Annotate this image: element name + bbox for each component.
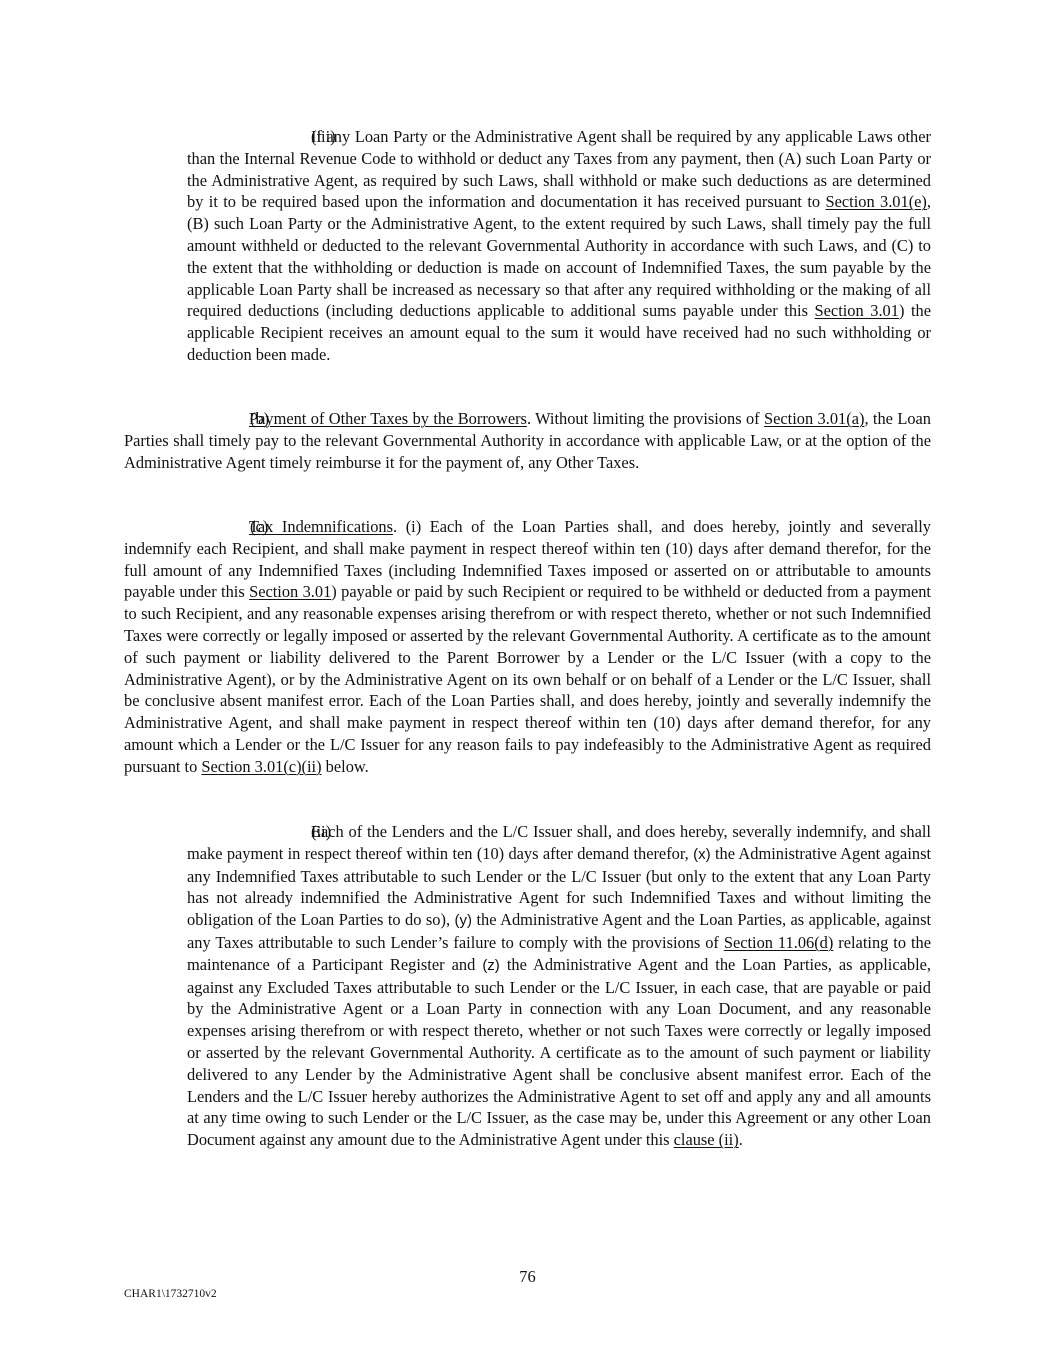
document-page: (iii)If any Loan Party or the Administra…: [0, 0, 1055, 1365]
cross-reference-link[interactable]: Section 3.01(e): [825, 192, 926, 211]
clause-label: (ii): [249, 821, 311, 843]
subclause-marker-y: (y): [455, 912, 473, 929]
paragraph-b: (b)Payment of Other Taxes by the Borrowe…: [124, 408, 931, 473]
paragraph-c-ii: (ii)Each of the Lenders and the L/C Issu…: [187, 821, 931, 1151]
paragraph-c: (c)Tax Indemnifications. (i) Each of the…: [124, 516, 931, 778]
cross-reference-link[interactable]: Section 3.01: [249, 582, 331, 601]
section-label: (b): [187, 408, 249, 430]
cross-reference-link[interactable]: clause (ii): [674, 1130, 739, 1149]
page-number: 76: [0, 1267, 1055, 1287]
cross-reference-link[interactable]: Section 3.01(a): [764, 409, 864, 428]
document-id: CHAR1\1732710v2: [124, 1288, 217, 1300]
cross-reference-link[interactable]: Section 3.01(c)(ii): [201, 757, 321, 776]
subclause-marker-x: (x): [693, 846, 711, 863]
cross-reference-link[interactable]: Section 11.06(d): [724, 933, 834, 952]
clause-label: (iii): [249, 126, 311, 148]
section-heading: Payment of Other Taxes by the Borrowers: [249, 409, 527, 428]
section-heading: Tax Indemnifications: [249, 517, 393, 536]
cross-reference-link[interactable]: Section 3.01: [815, 301, 899, 320]
section-label: (c): [187, 516, 249, 538]
paragraph-a-iii: (iii)If any Loan Party or the Administra…: [187, 126, 931, 366]
subclause-marker-z: (z): [482, 957, 500, 974]
